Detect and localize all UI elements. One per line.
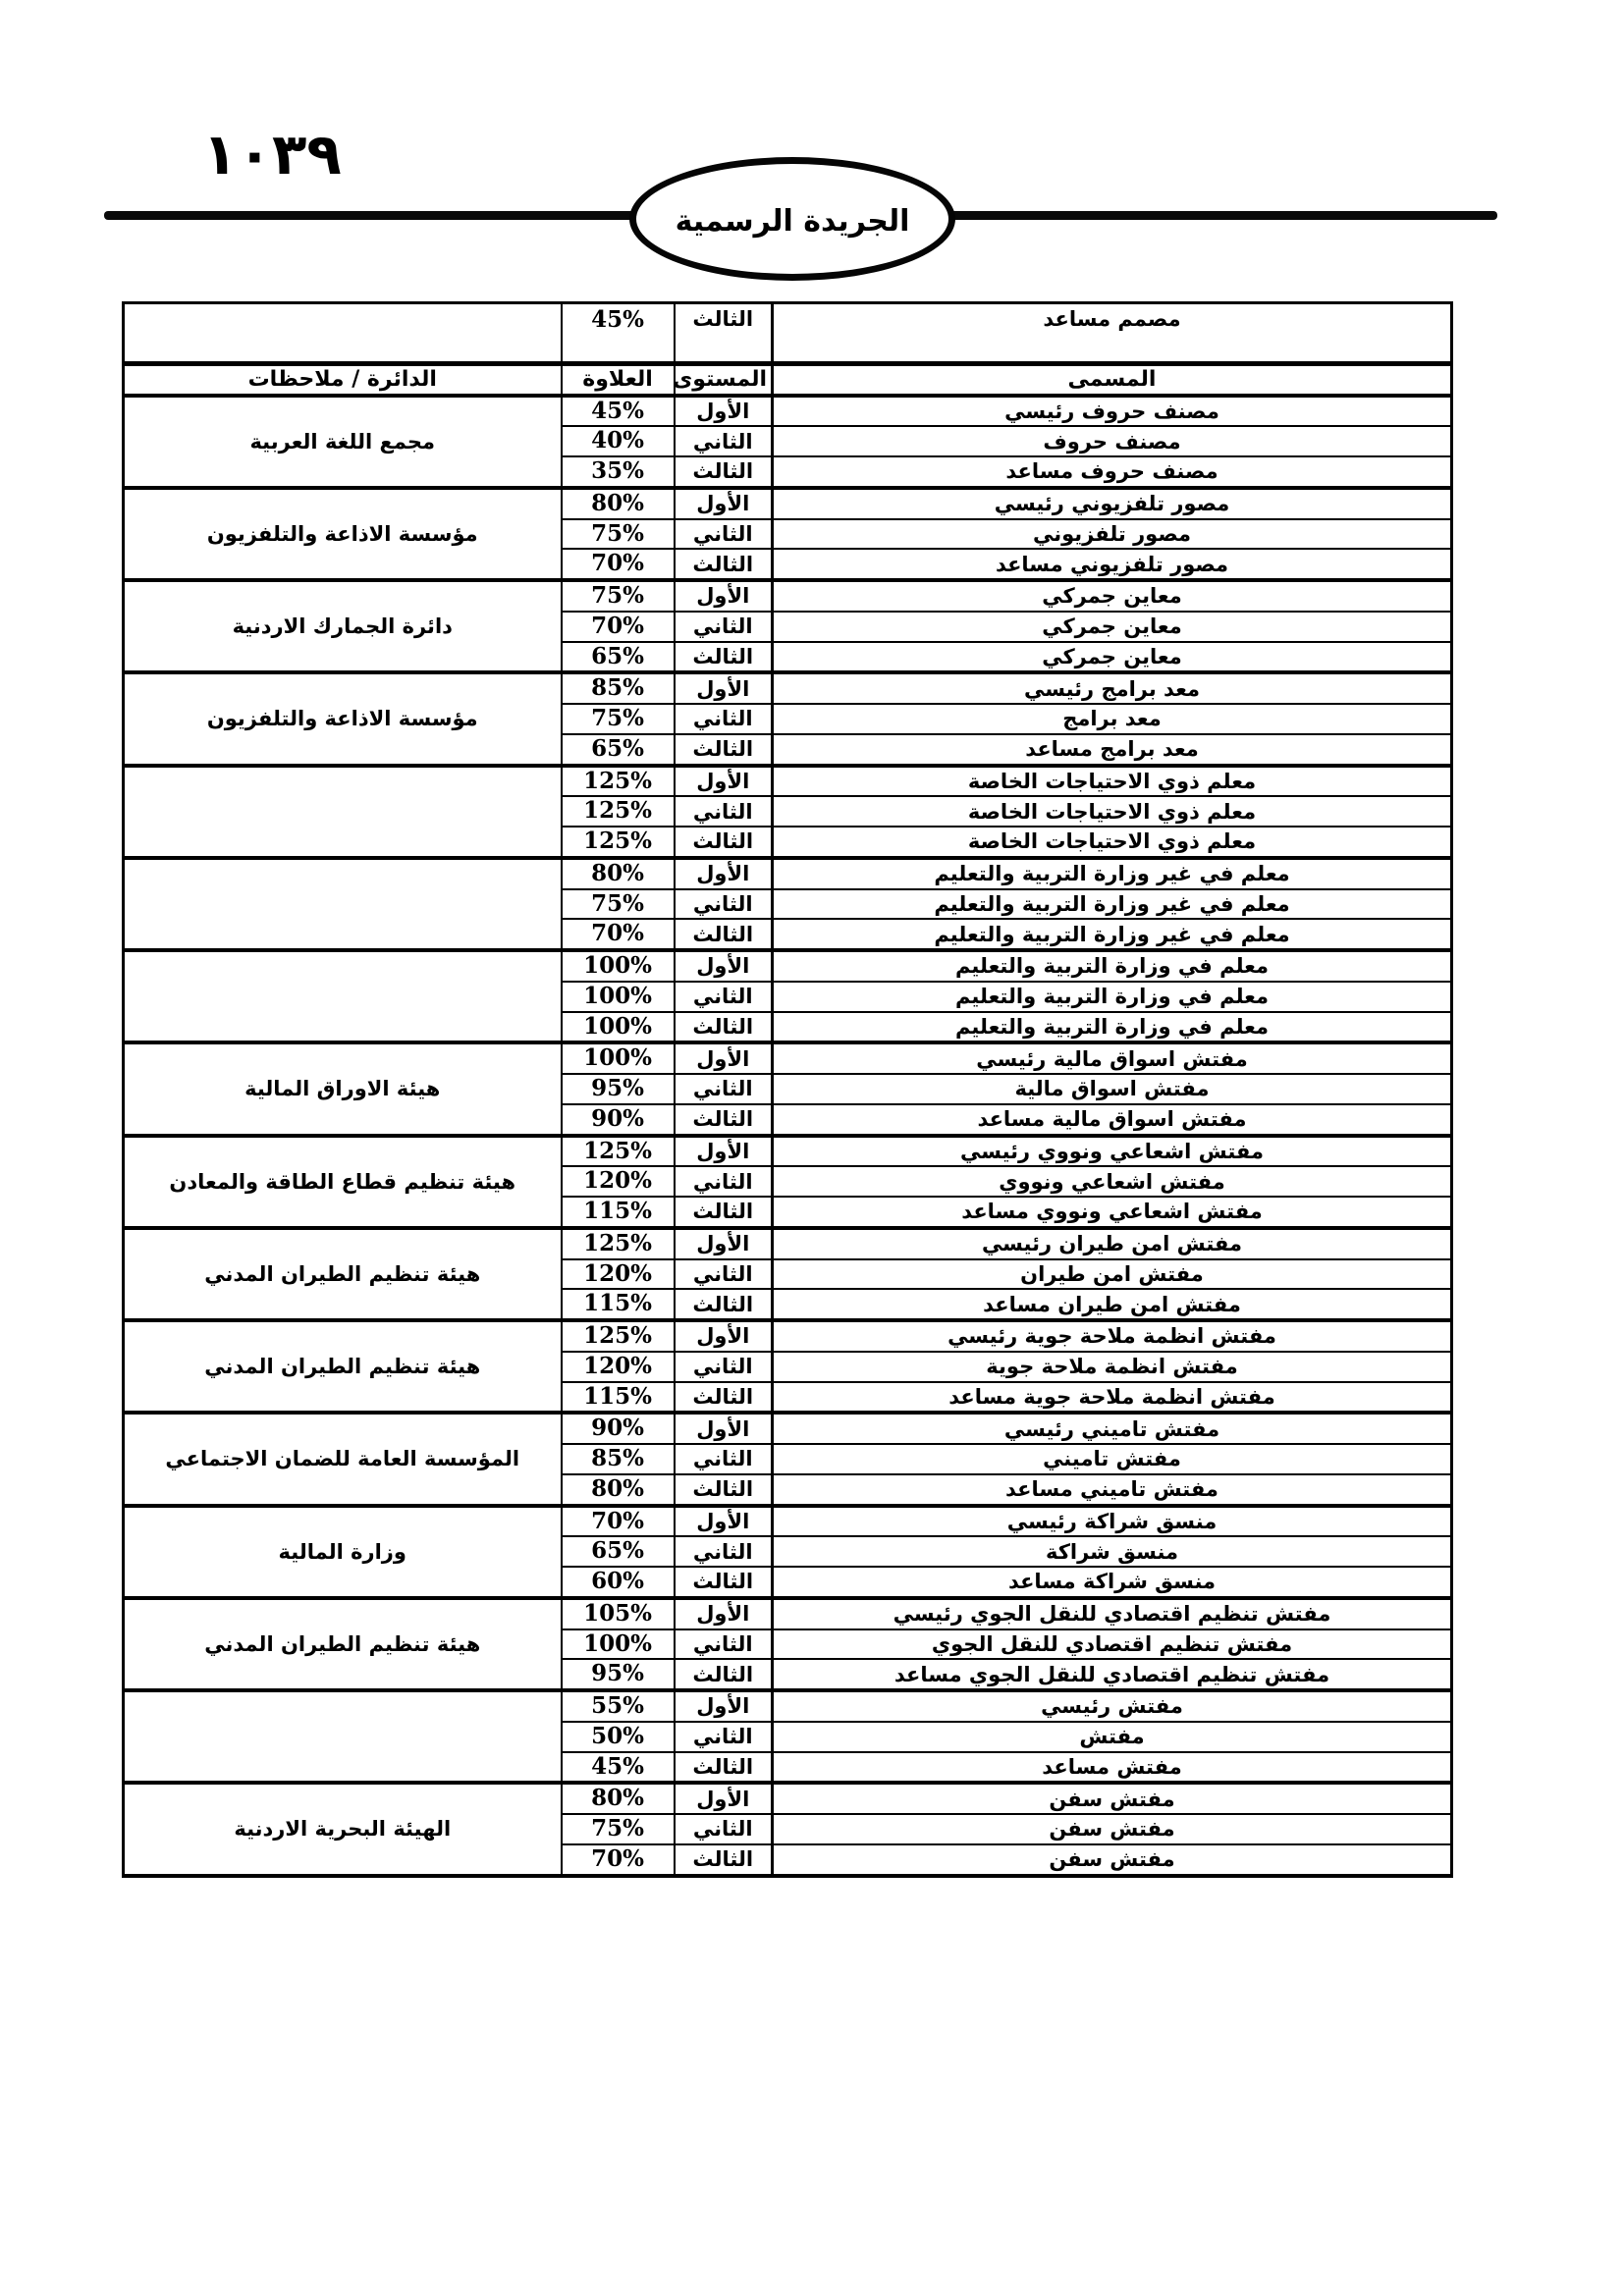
allowance-value: 120%	[583, 1167, 652, 1194]
allowance-cell: 125%	[562, 1136, 675, 1167]
allowance-value: 85%	[591, 674, 644, 701]
level-cell: الثالث	[675, 303, 773, 364]
level-cell: الأول	[675, 1413, 773, 1444]
level-cell: الثاني	[675, 704, 773, 734]
carryover-row: مصمم مساعدالثالث45%	[124, 303, 1452, 364]
job-title-cell: منسق شراكة رئيسي	[773, 1506, 1452, 1537]
level-cell: الثاني	[675, 1352, 773, 1382]
level-cell: الأول	[675, 396, 773, 427]
allowance-cell: 80%	[562, 1474, 675, 1506]
job-title-cell: معلم في غير وزارة التربية والتعليم	[773, 889, 1452, 920]
allowance-value: 115%	[583, 1383, 652, 1410]
level-cell: الثاني	[675, 796, 773, 827]
level-cell: الثالث	[675, 1382, 773, 1414]
allowance-value: 75%	[591, 1815, 644, 1842]
level-cell: الثاني	[675, 426, 773, 456]
table-row: مفتش تاميني رئيسيالأول90%المؤسسة العامة …	[124, 1413, 1452, 1444]
allowance-cell: 125%	[562, 1320, 675, 1352]
table-row: معد برامج رئيسيالأول85%مؤسسة الاذاعة وال…	[124, 672, 1452, 704]
allowance-value: 95%	[591, 1075, 644, 1101]
table-row: مصنف حروف رئيسيالأول45%مجمع اللغة العربي…	[124, 396, 1452, 427]
allowance-value: 45%	[591, 1753, 644, 1780]
job-title-cell: مصمم مساعد	[773, 303, 1452, 364]
allowance-cell: 120%	[562, 1259, 675, 1290]
department-cell: مجمع اللغة العربية	[124, 396, 562, 488]
table-row: معلم في وزارة التربية والتعليمالأول100%	[124, 950, 1452, 982]
level-cell: الثاني	[675, 612, 773, 642]
job-title-cell: مفتش سفن	[773, 1844, 1452, 1876]
department-cell: دائرة الجمارك الاردنية	[124, 580, 562, 672]
allowance-value: 65%	[591, 643, 644, 669]
allowance-value: 100%	[583, 1013, 652, 1040]
level-cell: الثاني	[675, 889, 773, 920]
job-title-cell: مفتش تاميني مساعد	[773, 1474, 1452, 1506]
table-row: معلم ذوي الاحتياجات الخاصةالأول125%	[124, 766, 1452, 797]
allowance-cell: 65%	[562, 734, 675, 766]
allowance-value: 100%	[583, 1630, 652, 1657]
allowance-value: 125%	[583, 1322, 652, 1349]
level-cell: الثاني	[675, 1814, 773, 1844]
allowance-value: 80%	[591, 1475, 644, 1502]
table-header-row: المسمىالمستوىالعلاوةالدائرة / ملاحظات	[124, 364, 1452, 396]
level-cell: الثالث	[675, 1197, 773, 1228]
allowance-value: 125%	[583, 797, 652, 824]
job-title-cell: مفتش اشعاعي ونووي مساعد	[773, 1197, 1452, 1228]
department-cell: وزارة المالية	[124, 1506, 562, 1598]
allowance-cell: 55%	[562, 1690, 675, 1722]
level-cell: الأول	[675, 950, 773, 982]
allowance-value: 40%	[591, 427, 644, 454]
job-title-cell: مفتش انظمة ملاحة جوية مساعد	[773, 1382, 1452, 1414]
job-title-cell: مفتش انظمة ملاحة جوية	[773, 1352, 1452, 1382]
job-title-cell: معلم في غير وزارة التربية والتعليم	[773, 858, 1452, 889]
allowance-value: 115%	[583, 1290, 652, 1316]
level-cell: الأول	[675, 1690, 773, 1722]
job-title-cell: مفتش سفن	[773, 1783, 1452, 1814]
table-row: مفتش انظمة ملاحة جوية رئيسيالأول125%هيئة…	[124, 1320, 1452, 1352]
job-title-cell: معد برامج	[773, 704, 1452, 734]
level-cell: الثالث	[675, 919, 773, 950]
allowance-cell: 100%	[562, 1629, 675, 1660]
allowance-cell: 70%	[562, 1844, 675, 1876]
level-cell: الأول	[675, 580, 773, 612]
level-cell: الثالث	[675, 1104, 773, 1136]
table-row: مصور تلفزيوني رئيسيالأول80%مؤسسة الاذاعة…	[124, 488, 1452, 519]
allowance-cell: 45%	[562, 1752, 675, 1784]
allowance-value: 120%	[583, 1260, 652, 1287]
allowance-cell: 125%	[562, 1228, 675, 1259]
level-cell: الأول	[675, 1136, 773, 1167]
job-title-cell: مفتش تاميني	[773, 1444, 1452, 1474]
job-title-cell: مصنف حروف رئيسي	[773, 396, 1452, 427]
job-title-cell: معلم ذوي الاحتياجات الخاصة	[773, 827, 1452, 858]
job-title-cell: مفتش امن طيران	[773, 1259, 1452, 1290]
department-cell	[124, 766, 562, 858]
level-cell: الثاني	[675, 1259, 773, 1290]
column-header-allowance: العلاوة	[562, 364, 675, 396]
allowance-cell: 95%	[562, 1074, 675, 1104]
job-title-cell: معلم في غير وزارة التربية والتعليم	[773, 919, 1452, 950]
job-title-cell: مصور تلفزيوني مساعد	[773, 549, 1452, 580]
allowance-value: 45%	[591, 306, 644, 333]
job-title-cell: مفتش تنظيم اقتصادي للنقل الجوي مساعد	[773, 1659, 1452, 1690]
gazette-banner-title: الجريدة الرسمية	[676, 204, 910, 239]
job-title-cell: منسق شراكة مساعد	[773, 1567, 1452, 1598]
allowance-value: 50%	[591, 1723, 644, 1749]
table-row: معاين جمركيالأول75%دائرة الجمارك الاردني…	[124, 580, 1452, 612]
allowance-cell: 80%	[562, 1783, 675, 1814]
allowance-cell: 125%	[562, 827, 675, 858]
allowance-cell: 75%	[562, 519, 675, 550]
level-cell: الثاني	[675, 1074, 773, 1104]
department-cell: مؤسسة الاذاعة والتلفزيون	[124, 488, 562, 580]
level-cell: الأول	[675, 672, 773, 704]
level-cell: الثاني	[675, 1629, 773, 1660]
allowance-cell: 75%	[562, 1814, 675, 1844]
allowance-cell: 115%	[562, 1289, 675, 1320]
level-cell: الأول	[675, 1228, 773, 1259]
allowance-cell: 105%	[562, 1598, 675, 1629]
allowance-value: 75%	[591, 705, 644, 731]
allowance-cell: 85%	[562, 672, 675, 704]
allowance-value: 120%	[583, 1353, 652, 1379]
allowance-value: 35%	[591, 457, 644, 484]
allowances-table: مصمم مساعدالثالث45%المسمىالمستوىالعلاوةا…	[122, 301, 1453, 1878]
job-title-cell: مفتش امن طيران رئيسي	[773, 1228, 1452, 1259]
allowance-cell: 70%	[562, 1506, 675, 1537]
department-cell: هيئة تنظيم الطيران المدني	[124, 1320, 562, 1413]
allowance-cell: 120%	[562, 1352, 675, 1382]
job-title-cell: مصنف حروف	[773, 426, 1452, 456]
allowance-cell: 45%	[562, 396, 675, 427]
table-row: مفتش تنظيم اقتصادي للنقل الجوي رئيسيالأو…	[124, 1598, 1452, 1629]
level-cell: الأول	[675, 766, 773, 797]
allowance-cell: 90%	[562, 1413, 675, 1444]
table-row: مفتش سفنالأول80%الهيئة البحرية الاردنية	[124, 1783, 1452, 1814]
level-cell: الثالث	[675, 827, 773, 858]
allowance-value: 75%	[591, 890, 644, 917]
level-cell: الثاني	[675, 1722, 773, 1752]
allowance-value: 70%	[591, 1845, 644, 1872]
table-row: مفتش اشعاعي ونووي رئيسيالأول125%هيئة تنظ…	[124, 1136, 1452, 1167]
level-cell: الثاني	[675, 982, 773, 1012]
level-cell: الثالث	[675, 1567, 773, 1598]
allowance-value: 55%	[591, 1692, 644, 1719]
allowance-cell: 70%	[562, 549, 675, 580]
job-title-cell: مفتش رئيسي	[773, 1690, 1452, 1722]
job-title-cell: مفتش تنظيم اقتصادي للنقل الجوي	[773, 1629, 1452, 1660]
level-cell: الأول	[675, 1783, 773, 1814]
allowance-cell: 65%	[562, 1536, 675, 1567]
allowance-value: 80%	[591, 1785, 644, 1811]
level-cell: الثالث	[675, 1844, 773, 1876]
job-title-cell: معلم في وزارة التربية والتعليم	[773, 1012, 1452, 1043]
department-cell: هيئة تنظيم الطيران المدني	[124, 1228, 562, 1320]
job-title-cell: معاين جمركي	[773, 580, 1452, 612]
allowance-value: 70%	[591, 550, 644, 576]
allowance-value: 125%	[583, 1138, 652, 1164]
department-cell	[124, 1690, 562, 1783]
department-cell: هيئة تنظيم قطاع الطاقة والمعادن	[124, 1136, 562, 1228]
job-title-cell: منسق شراكة	[773, 1536, 1452, 1567]
department-cell: مؤسسة الاذاعة والتلفزيون	[124, 672, 562, 765]
allowance-cell: 125%	[562, 766, 675, 797]
job-title-cell: معد برامج رئيسي	[773, 672, 1452, 704]
allowance-value: 125%	[583, 828, 652, 854]
allowance-value: 90%	[591, 1105, 644, 1132]
level-cell: الثاني	[675, 1166, 773, 1197]
level-cell: الأول	[675, 1320, 773, 1352]
job-title-cell: مفتش اسواق مالية	[773, 1074, 1452, 1104]
allowance-cell: 100%	[562, 1012, 675, 1043]
allowance-cell: 100%	[562, 982, 675, 1012]
allowance-cell: 75%	[562, 580, 675, 612]
allowance-value: 45%	[591, 398, 644, 424]
job-title-cell: معلم ذوي الاحتياجات الخاصة	[773, 766, 1452, 797]
level-cell: الأول	[675, 858, 773, 889]
allowance-cell: 95%	[562, 1659, 675, 1690]
allowance-cell: 80%	[562, 858, 675, 889]
allowance-value: 125%	[583, 1230, 652, 1256]
allowance-cell: 75%	[562, 704, 675, 734]
job-title-cell: مفتش مساعد	[773, 1752, 1452, 1784]
allowance-cell: 40%	[562, 426, 675, 456]
allowance-cell: 50%	[562, 1722, 675, 1752]
level-cell: الأول	[675, 488, 773, 519]
allowance-cell: 70%	[562, 612, 675, 642]
level-cell: الثاني	[675, 519, 773, 550]
level-cell: الثاني	[675, 1444, 773, 1474]
allowance-value: 70%	[591, 613, 644, 639]
department-cell: هيئة الاوراق المالية	[124, 1042, 562, 1135]
allowance-value: 80%	[591, 490, 644, 516]
allowance-value: 100%	[583, 1044, 652, 1071]
allowance-value: 75%	[591, 582, 644, 609]
level-cell: الثالث	[675, 1752, 773, 1784]
level-cell: الثالث	[675, 1474, 773, 1506]
department-cell	[124, 303, 562, 364]
allowance-cell: 125%	[562, 796, 675, 827]
job-title-cell: معاين جمركي	[773, 642, 1452, 673]
allowance-value: 95%	[591, 1660, 644, 1686]
job-title-cell: مفتش سفن	[773, 1814, 1452, 1844]
table-row: مفتش رئيسيالأول55%	[124, 1690, 1452, 1722]
allowance-cell: 35%	[562, 456, 675, 488]
department-cell: هيئة تنظيم الطيران المدني	[124, 1598, 562, 1690]
column-header-title: المسمى	[773, 364, 1452, 396]
level-cell: الثالث	[675, 1289, 773, 1320]
level-cell: الثالث	[675, 642, 773, 673]
allowance-cell: 90%	[562, 1104, 675, 1136]
allowance-cell: 100%	[562, 1042, 675, 1074]
level-cell: الثالث	[675, 1659, 773, 1690]
job-title-cell: معلم في وزارة التربية والتعليم	[773, 950, 1452, 982]
allowance-value: 65%	[591, 1537, 644, 1564]
allowance-cell: 100%	[562, 950, 675, 982]
job-title-cell: مفتش اسواق مالية مساعد	[773, 1104, 1452, 1136]
allowance-value: 75%	[591, 520, 644, 547]
allowance-value: 125%	[583, 768, 652, 794]
department-cell: الهيئة البحرية الاردنية	[124, 1783, 562, 1875]
job-title-cell: مفتش تاميني رئيسي	[773, 1413, 1452, 1444]
level-cell: الأول	[675, 1506, 773, 1537]
level-cell: الثالث	[675, 734, 773, 766]
level-cell: الثالث	[675, 549, 773, 580]
allowance-value: 70%	[591, 1508, 644, 1534]
allowance-value: 85%	[591, 1445, 644, 1471]
job-title-cell: مفتش امن طيران مساعد	[773, 1289, 1452, 1320]
level-cell: الثاني	[675, 1536, 773, 1567]
table-row: مفتش امن طيران رئيسيالأول125%هيئة تنظيم …	[124, 1228, 1452, 1259]
allowance-cell: 60%	[562, 1567, 675, 1598]
table-row: منسق شراكة رئيسيالأول70%وزارة المالية	[124, 1506, 1452, 1537]
job-title-cell: مفتش تنظيم اقتصادي للنقل الجوي رئيسي	[773, 1598, 1452, 1629]
allowance-cell: 85%	[562, 1444, 675, 1474]
job-title-cell: مفتش	[773, 1722, 1452, 1752]
gazette-banner-oval: الجريدة الرسمية	[629, 157, 955, 281]
job-title-cell: مفتش انظمة ملاحة جوية رئيسي	[773, 1320, 1452, 1352]
job-title-cell: معلم في وزارة التربية والتعليم	[773, 982, 1452, 1012]
job-title-cell: مفتش اشعاعي ونووي	[773, 1166, 1452, 1197]
level-cell: الأول	[675, 1598, 773, 1629]
job-title-cell: مصور تلفزيوني رئيسي	[773, 488, 1452, 519]
allowance-cell: 65%	[562, 642, 675, 673]
allowance-cell: 115%	[562, 1197, 675, 1228]
allowance-cell: 80%	[562, 488, 675, 519]
allowance-value: 90%	[591, 1415, 644, 1441]
department-cell	[124, 950, 562, 1042]
allowance-value: 100%	[583, 952, 652, 979]
job-title-cell: معد برامج مساعد	[773, 734, 1452, 766]
page-number: ١٠٣٩	[189, 126, 355, 183]
level-cell: الثالث	[675, 1012, 773, 1043]
allowance-cell: 75%	[562, 889, 675, 920]
allowance-cell: 70%	[562, 919, 675, 950]
level-cell: الأول	[675, 1042, 773, 1074]
allowance-value: 65%	[591, 735, 644, 762]
column-header-department: الدائرة / ملاحظات	[124, 364, 562, 396]
department-cell: المؤسسة العامة للضمان الاجتماعي	[124, 1413, 562, 1505]
job-title-cell: مصنف حروف مساعد	[773, 456, 1452, 488]
table-row: معلم في غير وزارة التربية والتعليمالأول8…	[124, 858, 1452, 889]
table-row: مفتش اسواق مالية رئيسيالأول100%هيئة الاو…	[124, 1042, 1452, 1074]
job-title-cell: مفتش اسواق مالية رئيسي	[773, 1042, 1452, 1074]
gazette-page: ١٠٣٩ الجريدة الرسمية مصمم مساعدالثالث45%…	[0, 0, 1624, 2296]
allowance-cell: 45%	[562, 303, 675, 364]
column-header-level: المستوى	[675, 364, 773, 396]
allowance-value: 80%	[591, 860, 644, 886]
job-title-cell: مصور تلفزيوني	[773, 519, 1452, 550]
allowance-value: 105%	[583, 1600, 652, 1627]
job-title-cell: معلم ذوي الاحتياجات الخاصة	[773, 796, 1452, 827]
department-cell	[124, 858, 562, 950]
job-title-cell: مفتش اشعاعي ونووي رئيسي	[773, 1136, 1452, 1167]
level-cell: الثالث	[675, 456, 773, 488]
allowance-cell: 120%	[562, 1166, 675, 1197]
allowance-cell: 115%	[562, 1382, 675, 1414]
allowance-value: 70%	[591, 920, 644, 946]
allowance-value: 60%	[591, 1568, 644, 1594]
allowance-value: 100%	[583, 983, 652, 1009]
job-title-cell: معاين جمركي	[773, 612, 1452, 642]
allowance-value: 115%	[583, 1198, 652, 1224]
